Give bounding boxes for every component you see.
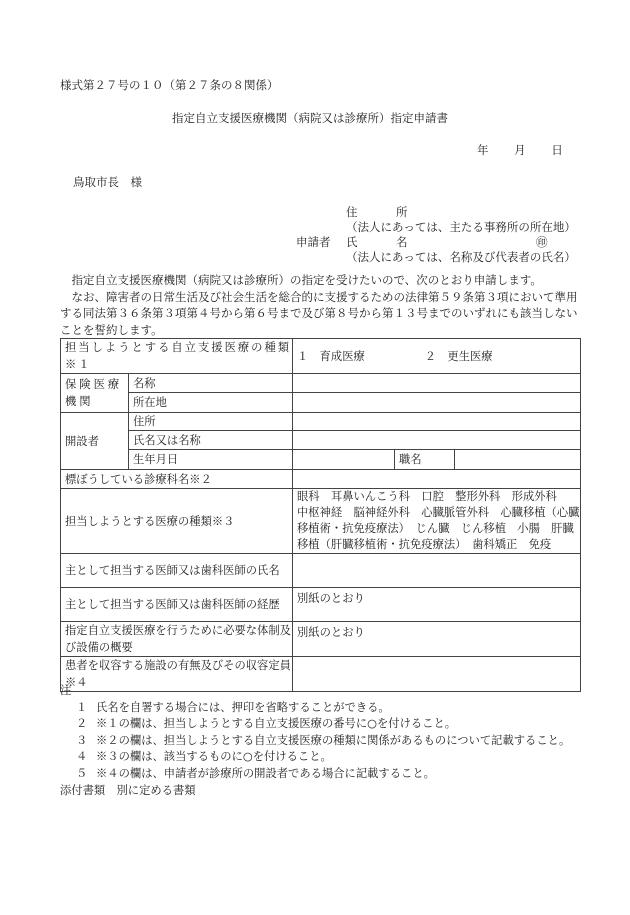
departments-label: 標ぼうしている診療科名※２: [61, 470, 293, 489]
medical-kinds-options[interactable]: 眼科 耳鼻いんこう科 口腔 整形外科 形成外科 中枢神経 脳神経外科 心臓脈管外…: [293, 489, 581, 554]
form-number: 様式第２７号の１０（第２７条の８関係）: [60, 80, 279, 92]
doctor-career-field[interactable]: 別紙のとおり: [293, 588, 581, 622]
notes-section: 注 １氏名を自署する場合には、押印を省略することができる。 ２※１の欄は、担当し…: [60, 683, 570, 799]
declaration-text: 指定自立支援医療機関（病院又は診療所）の指定を受けたいので、次のとおり申請します…: [60, 272, 585, 338]
note-item: ４※３の欄は、該当するものに○を付けること。: [60, 749, 570, 766]
founder-name-field[interactable]: [293, 431, 581, 450]
institution-location-field[interactable]: [293, 393, 581, 413]
name-label-1: 氏: [346, 235, 358, 250]
option-ikusei[interactable]: １ 育成医療: [297, 350, 365, 363]
institution-name-label: 名称: [129, 374, 293, 393]
departments-field[interactable]: [293, 470, 581, 489]
medical-kinds-line-3[interactable]: 移植術・抗免疫療法） じん臓 じん移植 小腸 肝臓: [297, 521, 580, 537]
declaration-paragraph-2: なお、障害者の日常生活及び社会生活を総合的に支援するための法律第５９条第３項にお…: [60, 289, 585, 339]
founder-label: 開設者: [61, 413, 129, 470]
note-item: １氏名を自署する場合には、押印を省略することができる。: [60, 700, 570, 717]
attachments-line: 添付書類 別に定める書類: [60, 783, 570, 800]
medical-kinds-line-4[interactable]: 移植（肝臓移植術・抗免疫療法） 歯科矯正 免疫: [297, 537, 580, 553]
note-item: ３※２の欄は、担当しようとする自立支援医療の種類に関係があるものについて記載する…: [60, 733, 570, 750]
founder-position-field[interactable]: [455, 450, 581, 470]
note-item: ２※１の欄は、担当しようとする自立支援医療の番号に○を付けること。: [60, 716, 570, 733]
founder-birthdate-label: 生年月日: [129, 450, 293, 470]
address-label-1: 住: [346, 205, 358, 220]
date-day-label: 日: [551, 143, 563, 157]
medical-type-label: 担当しようとする自立支援医療の種類※１: [61, 339, 293, 374]
founder-position-label: 職名: [395, 450, 455, 470]
addressee: 鳥取市長 様: [73, 177, 142, 189]
medical-type-options[interactable]: １ 育成医療２ 更生医療: [293, 339, 581, 374]
insurance-institution-label: 保険医療機関: [61, 374, 129, 413]
date-year-label: 年: [477, 143, 489, 157]
applicant-role-label: 申請者: [296, 235, 344, 250]
founder-name-label: 氏名又は名称: [129, 431, 293, 450]
founder-address-field[interactable]: [293, 413, 581, 431]
notes-heading: 注: [60, 683, 570, 700]
application-table: 担当しようとする自立支援医療の種類※１ １ 育成医療２ 更生医療 保険医療機関 …: [60, 338, 581, 692]
medical-kinds-line-1[interactable]: 眼科 耳鼻いんこう科 口腔 整形外科 形成外科: [297, 489, 580, 505]
option-kousei[interactable]: ２ 更生医療: [425, 350, 493, 363]
doctor-career-label: 主として担当する医師又は歯科医師の経歴: [61, 588, 293, 622]
medical-kinds-line-2[interactable]: 中枢神経 脳神経外科 心臓脈管外科 心臓移植（心臓: [297, 505, 580, 521]
address-label-2: 所: [396, 205, 408, 220]
seal-icon: ㊞: [536, 235, 548, 250]
address-note: （法人にあっては、主たる事務所の所在地）: [346, 220, 576, 235]
date-line: 年 月 日: [477, 145, 563, 157]
institution-name-field[interactable]: [293, 374, 581, 393]
doctor-name-field[interactable]: [293, 554, 581, 588]
note-item: ５※４の欄は、申請者が診療所の開設者である場合に記載すること。: [60, 766, 570, 783]
medical-kinds-label: 担当しようとする医療の種類※３: [61, 489, 293, 554]
founder-address-label: 住所: [129, 413, 293, 431]
document-title: 指定自立支援医療機関（病院又は診療所）指定申請書: [172, 113, 448, 125]
system-overview-label: 指定自立支援医療を行うために必要な体制及び設備の概要: [61, 622, 293, 657]
declaration-paragraph-1: 指定自立支援医療機関（病院又は診療所）の指定を受けたいので、次のとおり申請します…: [60, 272, 585, 289]
name-label-2: 名: [396, 235, 408, 250]
date-month-label: 月: [514, 143, 526, 157]
name-note: （法人にあっては、名称及び代表者の氏名）: [346, 250, 576, 265]
institution-location-label: 所在地: [129, 393, 293, 413]
doctor-name-label: 主として担当する医師又は歯科医師の氏名: [61, 554, 293, 588]
system-overview-field[interactable]: 別紙のとおり: [293, 622, 581, 657]
founder-birthdate-field[interactable]: [293, 450, 395, 470]
